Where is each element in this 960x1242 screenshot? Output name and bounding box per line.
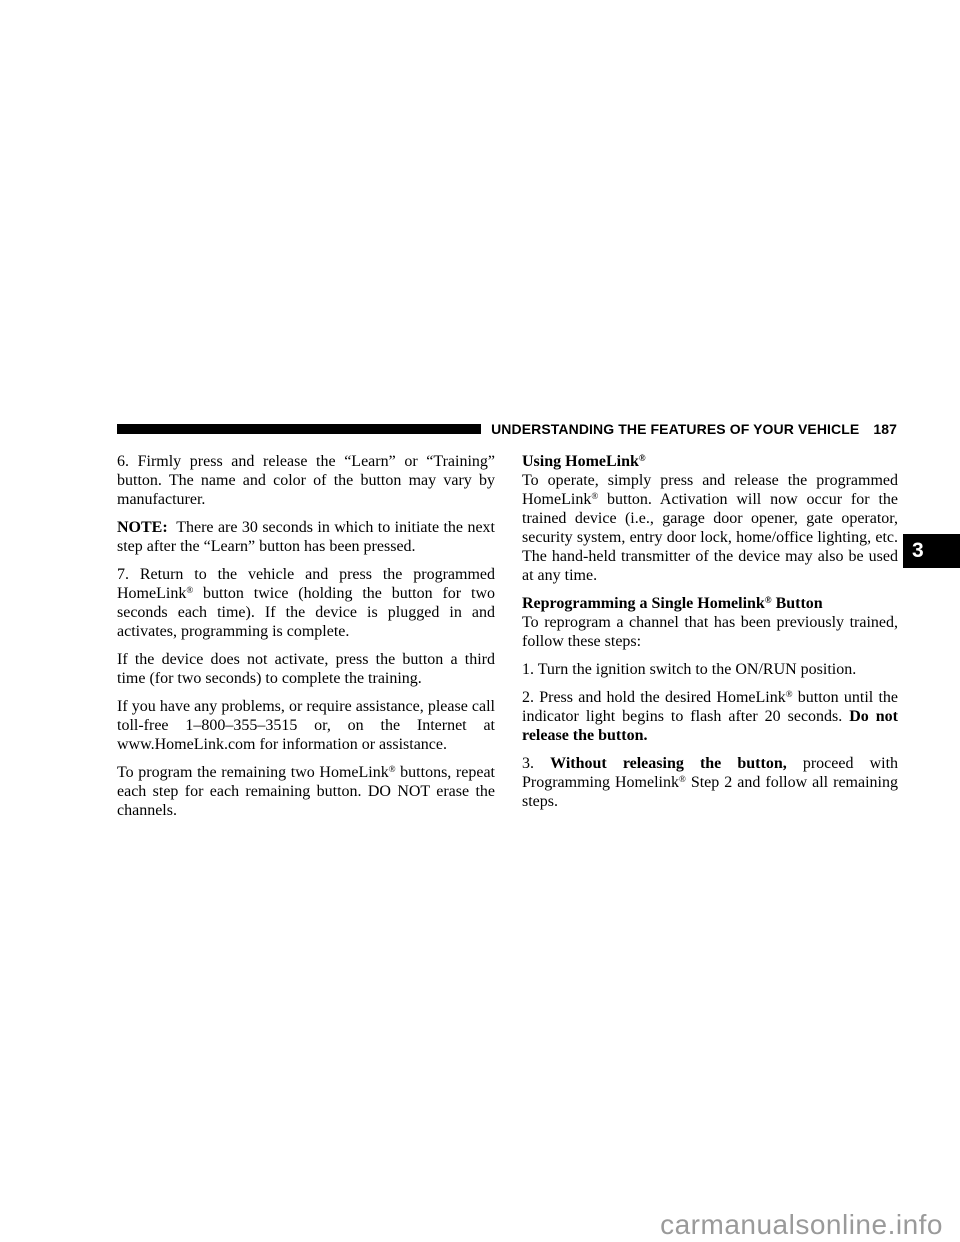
registered-trademark-icon: ® — [639, 453, 646, 463]
paragraph: 7. Return to the vehicle and press the p… — [117, 565, 495, 641]
paragraph: 1. Turn the ignition switch to the ON/RU… — [522, 660, 898, 679]
paragraph: 6. Firmly press and release the “Learn” … — [117, 452, 495, 509]
paragraph: If you have any problems, or require ass… — [117, 697, 495, 754]
registered-trademark-icon: ® — [765, 595, 772, 605]
watermark: carmanualsonline.info — [660, 1209, 943, 1241]
paragraph: 3. Without releasing the button, proceed… — [522, 754, 898, 811]
text-column-left: 6. Firmly press and release the “Learn” … — [117, 452, 495, 829]
registered-trademark-icon: ® — [679, 774, 686, 784]
text-column-right: Using HomeLink®To operate, simply press … — [522, 452, 898, 820]
paragraph: To program the remaining two HomeLink® b… — [117, 763, 495, 820]
page-header: UNDERSTANDING THE FEATURES OF YOUR VEHIC… — [117, 421, 897, 437]
section-tab: 3 — [903, 534, 960, 568]
section-heading: Using HomeLink® — [522, 452, 898, 471]
manual-page: UNDERSTANDING THE FEATURES OF YOUR VEHIC… — [0, 0, 960, 1242]
registered-trademark-icon: ® — [389, 764, 396, 774]
paragraph: NOTE: There are 30 seconds in which to i… — [117, 518, 495, 556]
header-rule — [117, 424, 481, 434]
paragraph: To reprogram a channel that has been pre… — [522, 613, 898, 651]
page-number: 187 — [873, 421, 897, 437]
page-header-title: UNDERSTANDING THE FEATURES OF YOUR VEHIC… — [491, 421, 859, 437]
section-heading: Reprogramming a Single Homelink® Button — [522, 594, 898, 613]
paragraph: To operate, simply press and release the… — [522, 471, 898, 585]
section-tab-number: 3 — [903, 539, 924, 563]
registered-trademark-icon: ® — [786, 689, 793, 699]
paragraph: 2. Press and hold the desired HomeLink® … — [522, 688, 898, 745]
paragraph: If the device does not activate, press t… — [117, 650, 495, 688]
